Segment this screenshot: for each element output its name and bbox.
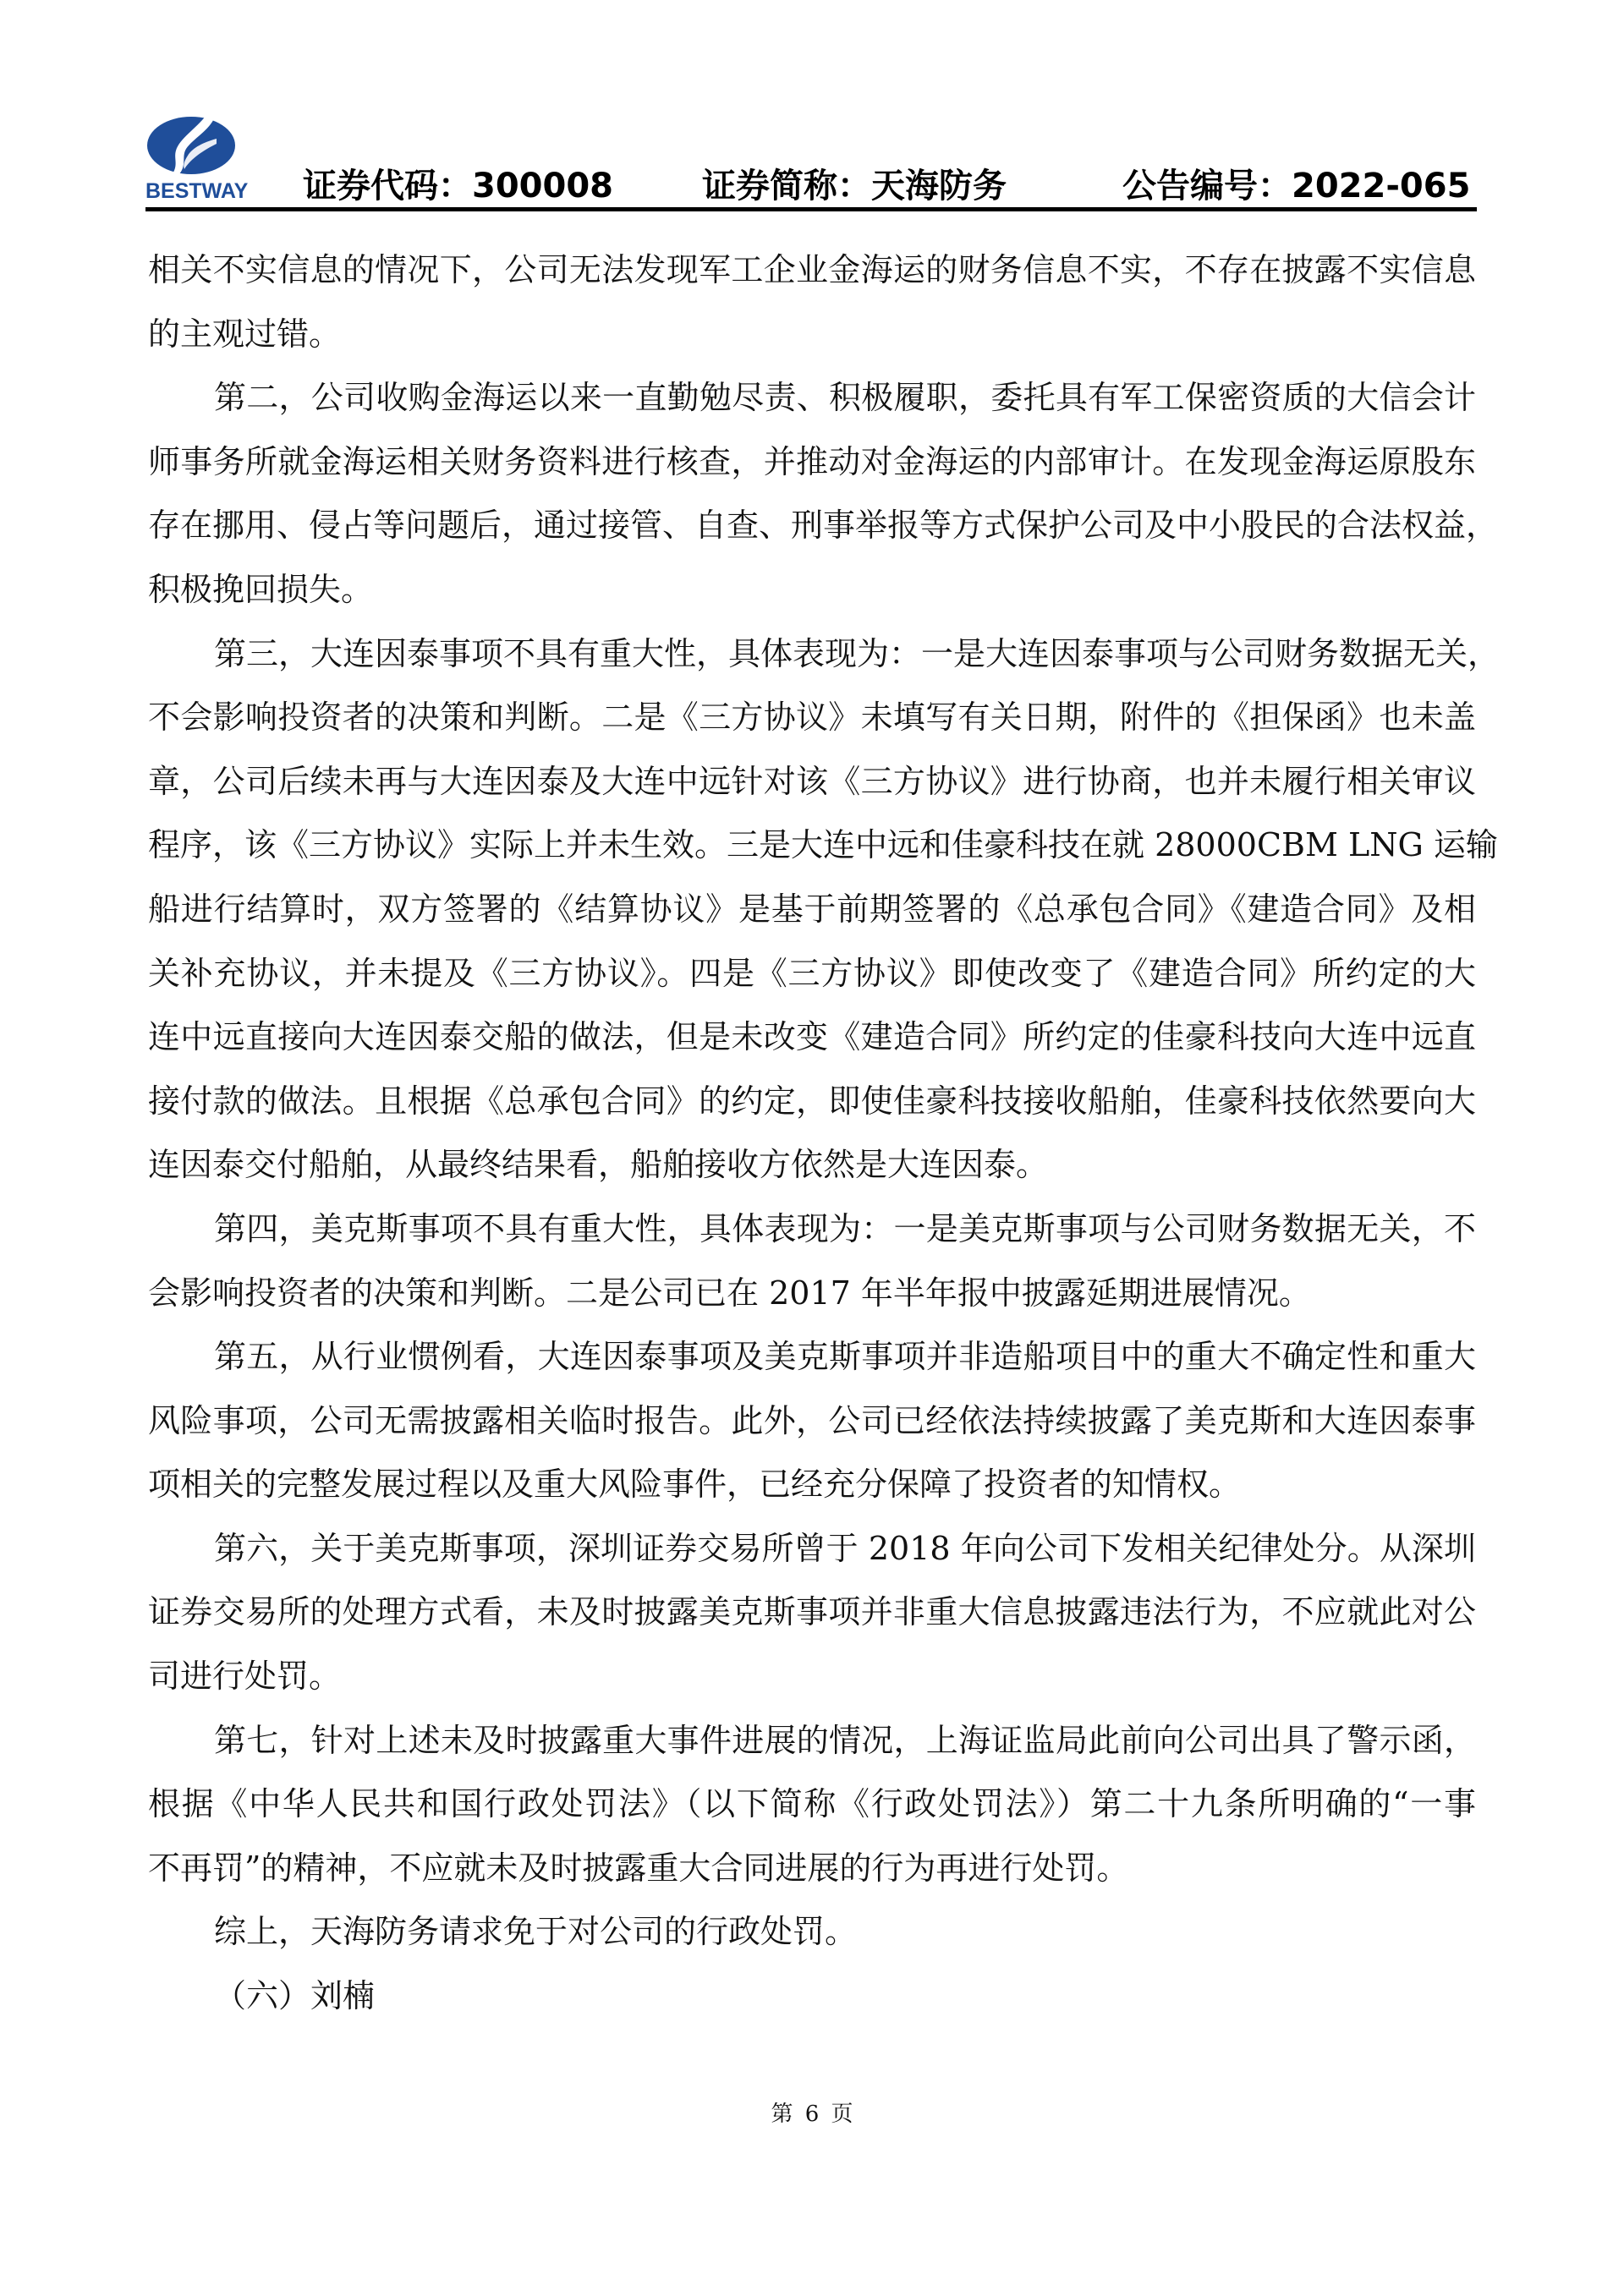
text-line: （六）刘楠 <box>148 1964 1476 2029</box>
text-line: 第三，大连因泰事项不具有重大性，具体表现为：一是大连因泰事项与公司财务数据无关， <box>148 622 1476 687</box>
text-line: 第五，从行业惯例看，大连因泰事项及美克斯事项并非造船项目中的重大不确定性和重大 <box>148 1325 1476 1389</box>
logo-text: BESTWAY <box>145 179 264 203</box>
document-body: 相关不实信息的情况下，公司无法发现军工企业金海运的财务信息不实，不存在披露不实信… <box>148 238 1476 2029</box>
text-line: 第七，针对上述未及时披露重大事件进展的情况，上海证监局此前向公司出具了警示函， <box>148 1709 1476 1773</box>
text-line: 相关不实信息的情况下，公司无法发现军工企业金海运的财务信息不实，不存在披露不实信… <box>148 238 1476 303</box>
bestway-logo-icon <box>145 113 264 179</box>
company-logo: BESTWAY <box>145 113 264 206</box>
text-line: 连因泰交付船舶，从最终结果看，船舶接收方依然是大连因泰。 <box>148 1133 1476 1197</box>
stock-code: 证券代码：300008 <box>303 166 613 206</box>
text-line: 关补充协议，并未提及《三方协议》。四是《三方协议》即使改变了《建造合同》所约定的… <box>148 942 1476 1006</box>
text-line: 连中远直接向大连因泰交船的做法，但是未改变《建造合同》所约定的佳豪科技向大连中远… <box>148 1006 1476 1070</box>
text-line: 积极挽回损失。 <box>148 558 1476 622</box>
text-line: 证券交易所的处理方式看，未及时披露美克斯事项并非重大信息披露违法行为，不应就此对… <box>148 1581 1476 1645</box>
text-line: 不再罚”的精神，不应就未及时披露重大合同进展的行为再进行处罚。 <box>148 1837 1476 1901</box>
text-line: 章，公司后续未再与大连因泰及大连中远针对该《三方协议》进行协商，也并未履行相关审… <box>148 750 1476 814</box>
text-line: 存在挪用、侵占等问题后，通过接管、自查、刑事举报等方式保护公司及中小股民的合法权… <box>148 494 1476 558</box>
header-divider <box>145 207 1477 211</box>
text-line: 师事务所就金海运相关财务资料进行核查，并推动对金海运的内部审计。在发现金海运原股… <box>148 430 1476 495</box>
text-line: 程序，该《三方协议》实际上并未生效。三是大连中远和佳豪科技在就 28000CBM… <box>148 814 1476 878</box>
text-line: 第六，关于美克斯事项，深圳证券交易所曾于 2018 年向公司下发相关纪律处分。从… <box>148 1517 1476 1581</box>
text-line: 接付款的做法。且根据《总承包合同》的约定，即使佳豪科技接收船舶，佳豪科技依然要向… <box>148 1070 1476 1134</box>
text-line: 项相关的完整发展过程以及重大风险事件，已经充分保障了投资者的知情权。 <box>148 1453 1476 1517</box>
text-line: 船进行结算时，双方签署的《结算协议》是基于前期签署的《总承包合同》《建造合同》及… <box>148 878 1476 942</box>
text-line: 会影响投资者的决策和判断。二是公司已在 2017 年半年报中披露延期进展情况。 <box>148 1262 1476 1326</box>
text-line: 风险事项，公司无需披露相关临时报告。此外，公司已经依法持续披露了美克斯和大连因泰… <box>148 1389 1476 1454</box>
stock-short-name: 证券简称：天海防务 <box>702 166 1007 206</box>
text-line: 第四，美克斯事项不具有重大性，具体表现为：一是美克斯事项与公司财务数据无关，不 <box>148 1197 1476 1262</box>
text-line: 的主观过错。 <box>148 303 1476 367</box>
text-line: 不会影响投资者的决策和判断。二是《三方协议》未填写有关日期，附件的《担保函》也未… <box>148 686 1476 750</box>
announcement-number: 公告编号：2022-065 <box>1122 166 1470 206</box>
text-line: 根据《中华人民共和国行政处罚法》（以下简称《行政处罚法》）第二十九条所明确的“一… <box>148 1773 1476 1837</box>
text-line: 司进行处罚。 <box>148 1645 1476 1709</box>
text-line: 综上，天海防务请求免于对公司的行政处罚。 <box>148 1900 1476 1964</box>
page-number: 第 6 页 <box>0 2099 1624 2129</box>
text-line: 第二，公司收购金海运以来一直勤勉尽责、积极履职，委托具有军工保密资质的大信会计 <box>148 366 1476 430</box>
